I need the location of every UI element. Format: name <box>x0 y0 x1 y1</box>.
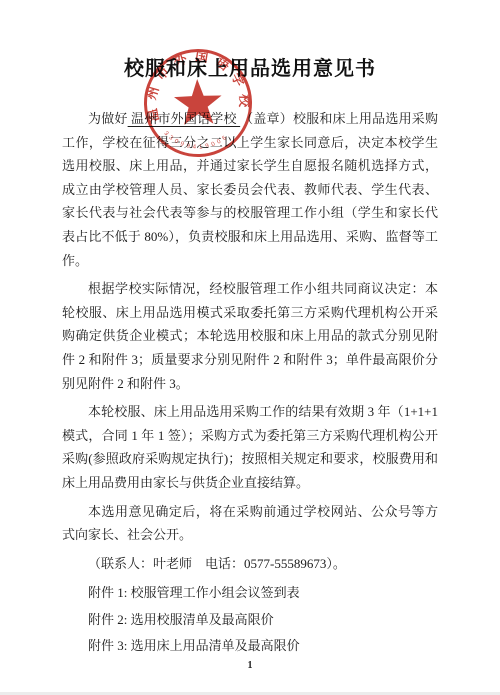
attachment-item-2: 附件 2: 选用校服清单及最高限价 <box>62 607 438 634</box>
attachment-item-1: 附件 1: 校服管理工作小组会议签到表 <box>62 580 438 607</box>
paragraph-1-rest: （盖章）校服和床上用品选用采购工作，学校在征得三分之二以上学生家长同意后，决定本… <box>62 111 438 268</box>
attachment-item-3: 附件 3: 选用床上用品清单及最高限价 <box>62 633 438 660</box>
paragraph-2: 根据学校实际情况，经校服管理工作小组共同商议决定：本轮校服、床上用品选用模式采取… <box>62 277 438 395</box>
document-body: 校服和床上用品选用意见书 为做好 温州市外国语学校 （盖章）校服和床上用品选用采… <box>0 52 500 660</box>
page-number: 1 <box>0 660 500 671</box>
paragraph-1: 为做好 温州市外国语学校 （盖章）校服和床上用品选用采购工作，学校在征得三分之二… <box>62 107 438 272</box>
contact-line: （联系人：叶老师 电话：0577-55589673）。 <box>62 552 438 576</box>
page-title: 校服和床上用品选用意见书 <box>62 52 438 81</box>
paragraph-4: 本选用意见确定后，将在采购前通过学校网站、公众号等方式向家长、社会公开。 <box>62 500 438 547</box>
document-page: 温州市外国语学校 33099419006 校服和床上用品选用意见书 为做好 温州… <box>0 0 500 695</box>
paragraph-1-prefix: 为做好 <box>88 111 128 126</box>
school-name-underlined: 温州市外国语学校 <box>128 111 241 126</box>
attachment-list: 附件 1: 校服管理工作小组会议签到表 附件 2: 选用校服清单及最高限价 附件… <box>62 580 438 660</box>
paragraph-3: 本轮校服、床上用品选用采购工作的结果有效期 3 年（1+1+1 模式，合同 1 … <box>62 400 438 494</box>
